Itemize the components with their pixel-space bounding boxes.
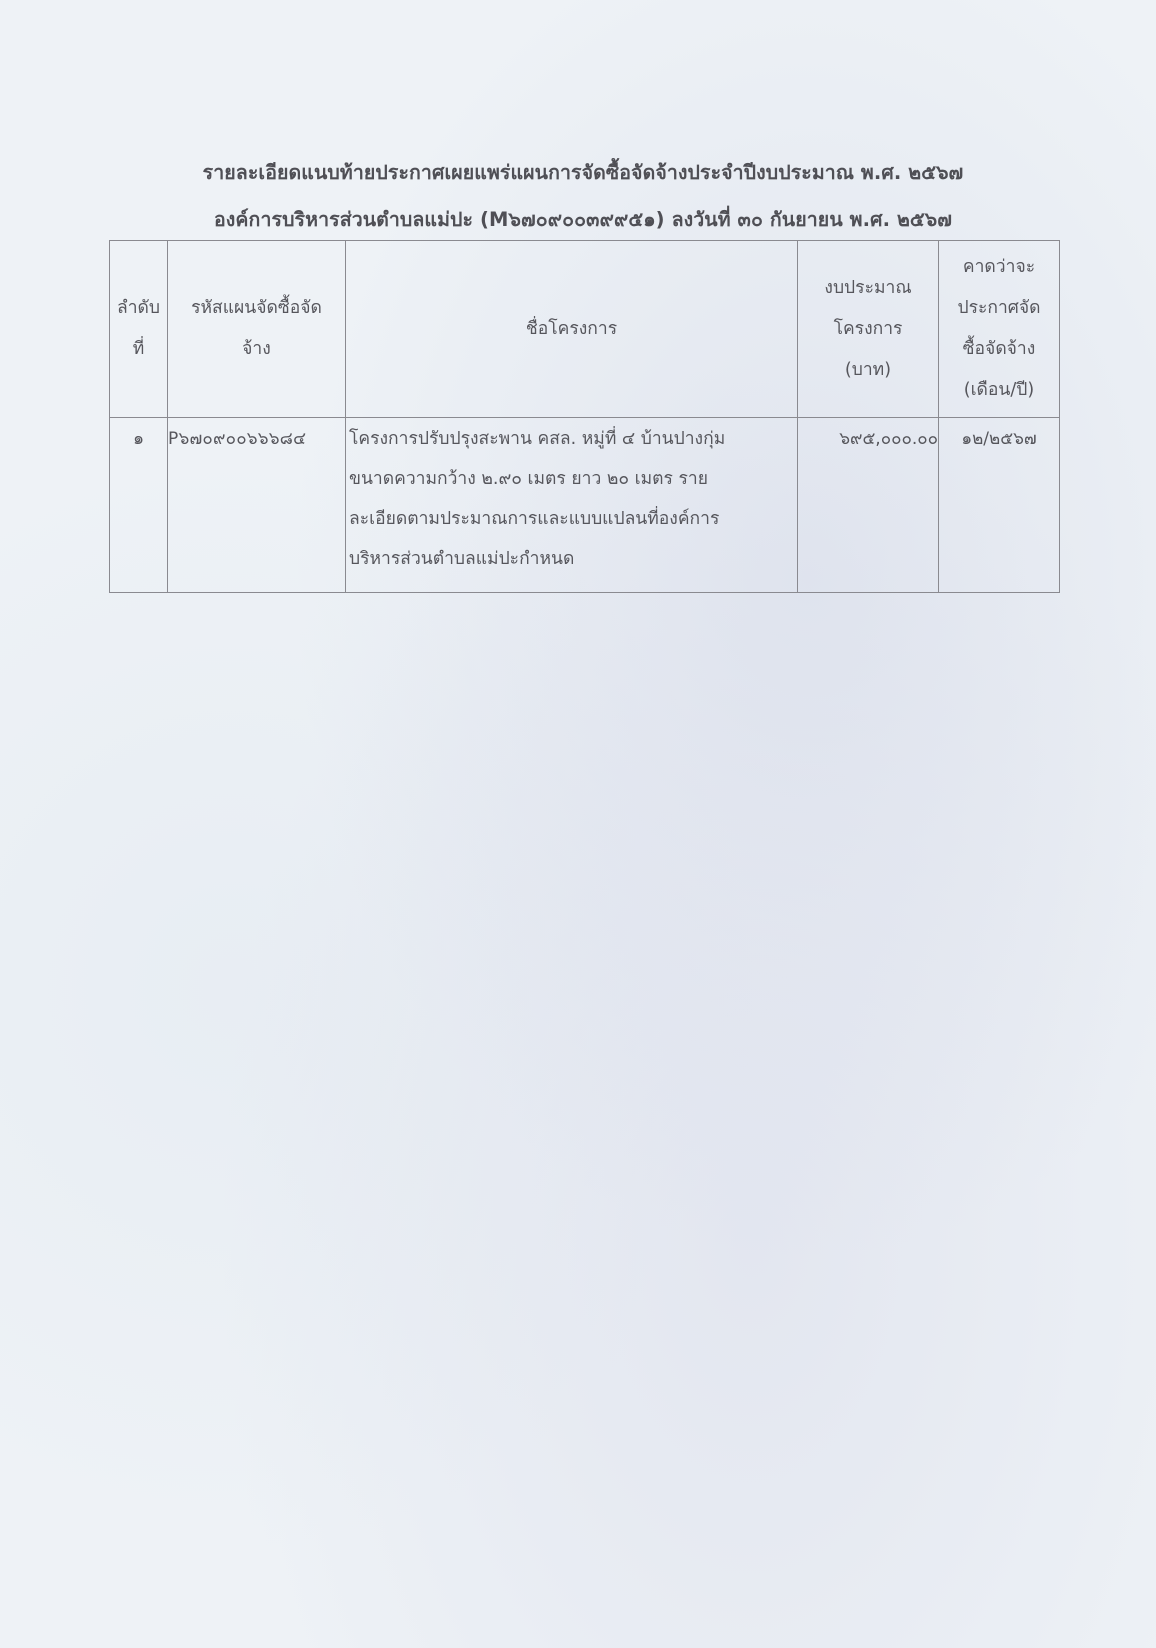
header-sequence-no: ลำดับ ที่ — [110, 241, 168, 418]
cell-sequence-no: ๑ — [110, 418, 168, 593]
document-title: รายละเอียดแนบท้ายประกาศเผยแพร่แผนการจัดซ… — [0, 157, 1156, 188]
document-page: รายละเอียดแนบท้ายประกาศเผยแพร่แผนการจัดซ… — [0, 0, 1156, 1648]
cell-expected-month-year: ๑๒/๒๕๖๗ — [939, 418, 1060, 593]
procurement-plan-table: ลำดับ ที่ รหัสแผนจัดซื้อจัด จ้าง ชื่อโคร… — [109, 240, 1060, 593]
document-subtitle: องค์การบริหารส่วนตำบลแม่ปะ (M๖๗๐๙๐๐๓๙๙๕๑… — [0, 204, 1156, 235]
header-budget: งบประมาณ โครงการ (บาท) — [798, 241, 939, 418]
cell-budget: ๖๙๕,๐๐๐.๐๐ — [798, 418, 939, 593]
table-row: ๑ P๖๗๐๙๐๐๖๖๖๘๔ โครงการปรับปรุงสะพาน คสล.… — [110, 418, 1060, 593]
header-plan-code: รหัสแผนจัดซื้อจัด จ้าง — [168, 241, 346, 418]
header-expected-announcement: คาดว่าจะ ประกาศจัด ซื้อจัดจ้าง (เดือน/ปี… — [939, 241, 1060, 418]
table-header-row: ลำดับ ที่ รหัสแผนจัดซื้อจัด จ้าง ชื่อโคร… — [110, 241, 1060, 418]
cell-plan-code: P๖๗๐๙๐๐๖๖๖๘๔ — [168, 418, 346, 593]
header-project-name: ชื่อโครงการ — [346, 241, 798, 418]
cell-project-name: โครงการปรับปรุงสะพาน คสล. หมู่ที่ ๔ บ้าน… — [346, 418, 798, 593]
